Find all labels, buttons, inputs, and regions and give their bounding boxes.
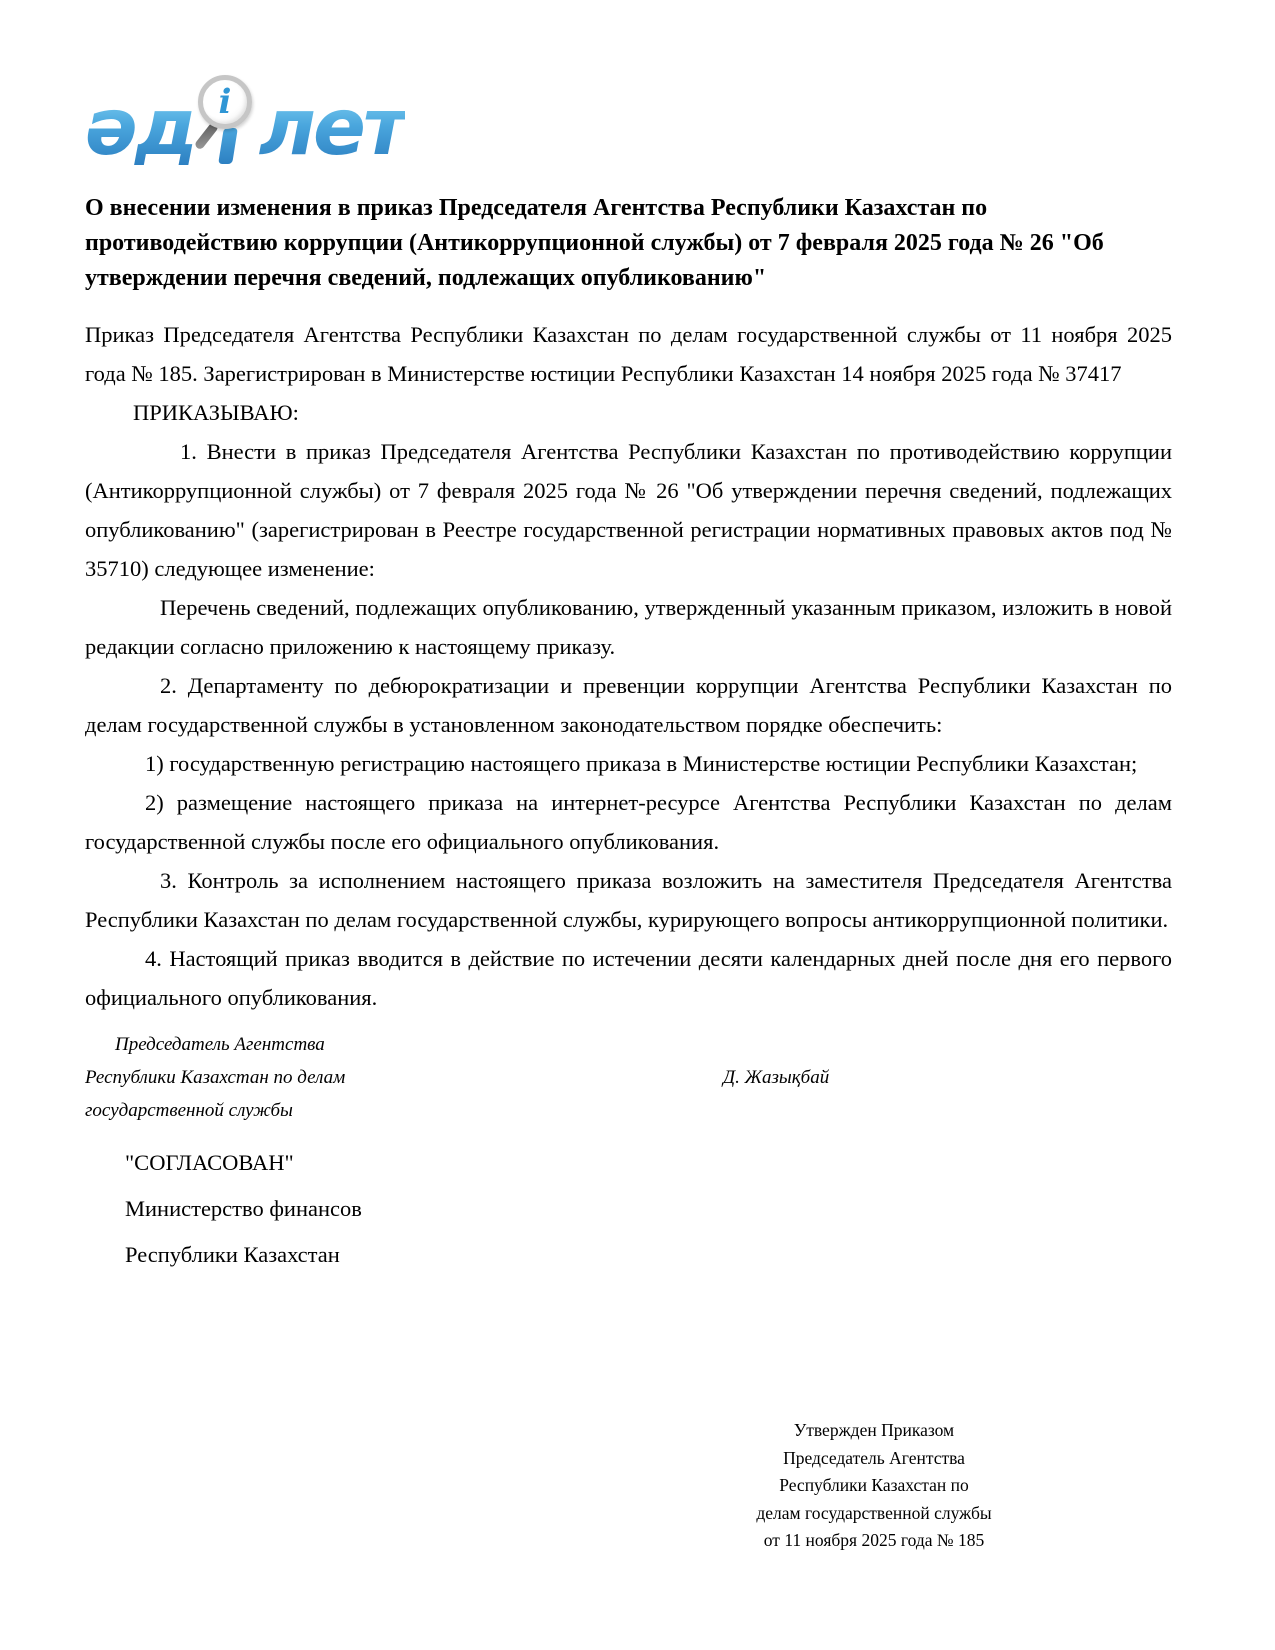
document-title: О внесении изменения в приказ Председате… (85, 191, 1172, 296)
logo-text-left: әд (85, 93, 195, 165)
agreement-line: Министерство финансов (125, 1186, 1172, 1232)
change-description: Перечень сведений, подлежащих опубликова… (85, 588, 1172, 666)
subpoint-2: 2) размещение настоящего приказа на инте… (85, 783, 1172, 861)
agreement-line: "СОГЛАСОВАН" (125, 1140, 1172, 1186)
document-meta: Приказ Председателя Агентства Республики… (85, 315, 1172, 393)
approval-line: от 11 ноября 2025 года № 185 (698, 1527, 1050, 1555)
order-point-3: 3. Контроль за исполнением настоящего пр… (85, 861, 1172, 939)
subpoint-1: 1) государственную регистрацию настоящег… (85, 744, 1172, 783)
order-point-2: 2. Департаменту по дебюрократизации и пр… (85, 666, 1172, 744)
approval-line: Утвержден Приказом (698, 1417, 1050, 1445)
agreement-line: Республики Казахстан (125, 1232, 1172, 1278)
order-point-4: 4. Настоящий приказ вводится в действие … (85, 939, 1172, 1017)
document-page: әд i лет О внесении изменения в приказ П… (0, 0, 1275, 1650)
approval-line: делам государственной службы (698, 1500, 1050, 1528)
signature-block: Председатель Агентства Республики Казахс… (85, 1028, 1172, 1127)
signer-position-line: Республики Казахстан по делам (85, 1061, 1172, 1094)
adilet-logo: әд i лет (85, 73, 1172, 165)
lens-letter: i (218, 85, 231, 119)
magnifier-icon: i (195, 73, 259, 165)
logo-text-right: лет (259, 93, 405, 165)
approval-block: Утвержден Приказом Председатель Агентств… (698, 1417, 1050, 1555)
magnifier-lens: i (198, 75, 252, 129)
signer-position-line: государственной службы (85, 1094, 1172, 1127)
resolve-word: ПРИКАЗЫВАЮ: (85, 393, 1172, 432)
letter-i-stem (218, 128, 238, 164)
signer-name: Д. Жазықбай (723, 1061, 829, 1094)
agreement-block: "СОГЛАСОВАН" Министерство финансов Респу… (85, 1140, 1172, 1278)
approval-line: Председатель Агентства (698, 1445, 1050, 1473)
signer-position-line: Председатель Агентства (85, 1028, 1172, 1061)
order-point-1: 1. Внести в приказ Председателя Агентств… (85, 432, 1172, 588)
approval-line: Республики Казахстан по (698, 1472, 1050, 1500)
